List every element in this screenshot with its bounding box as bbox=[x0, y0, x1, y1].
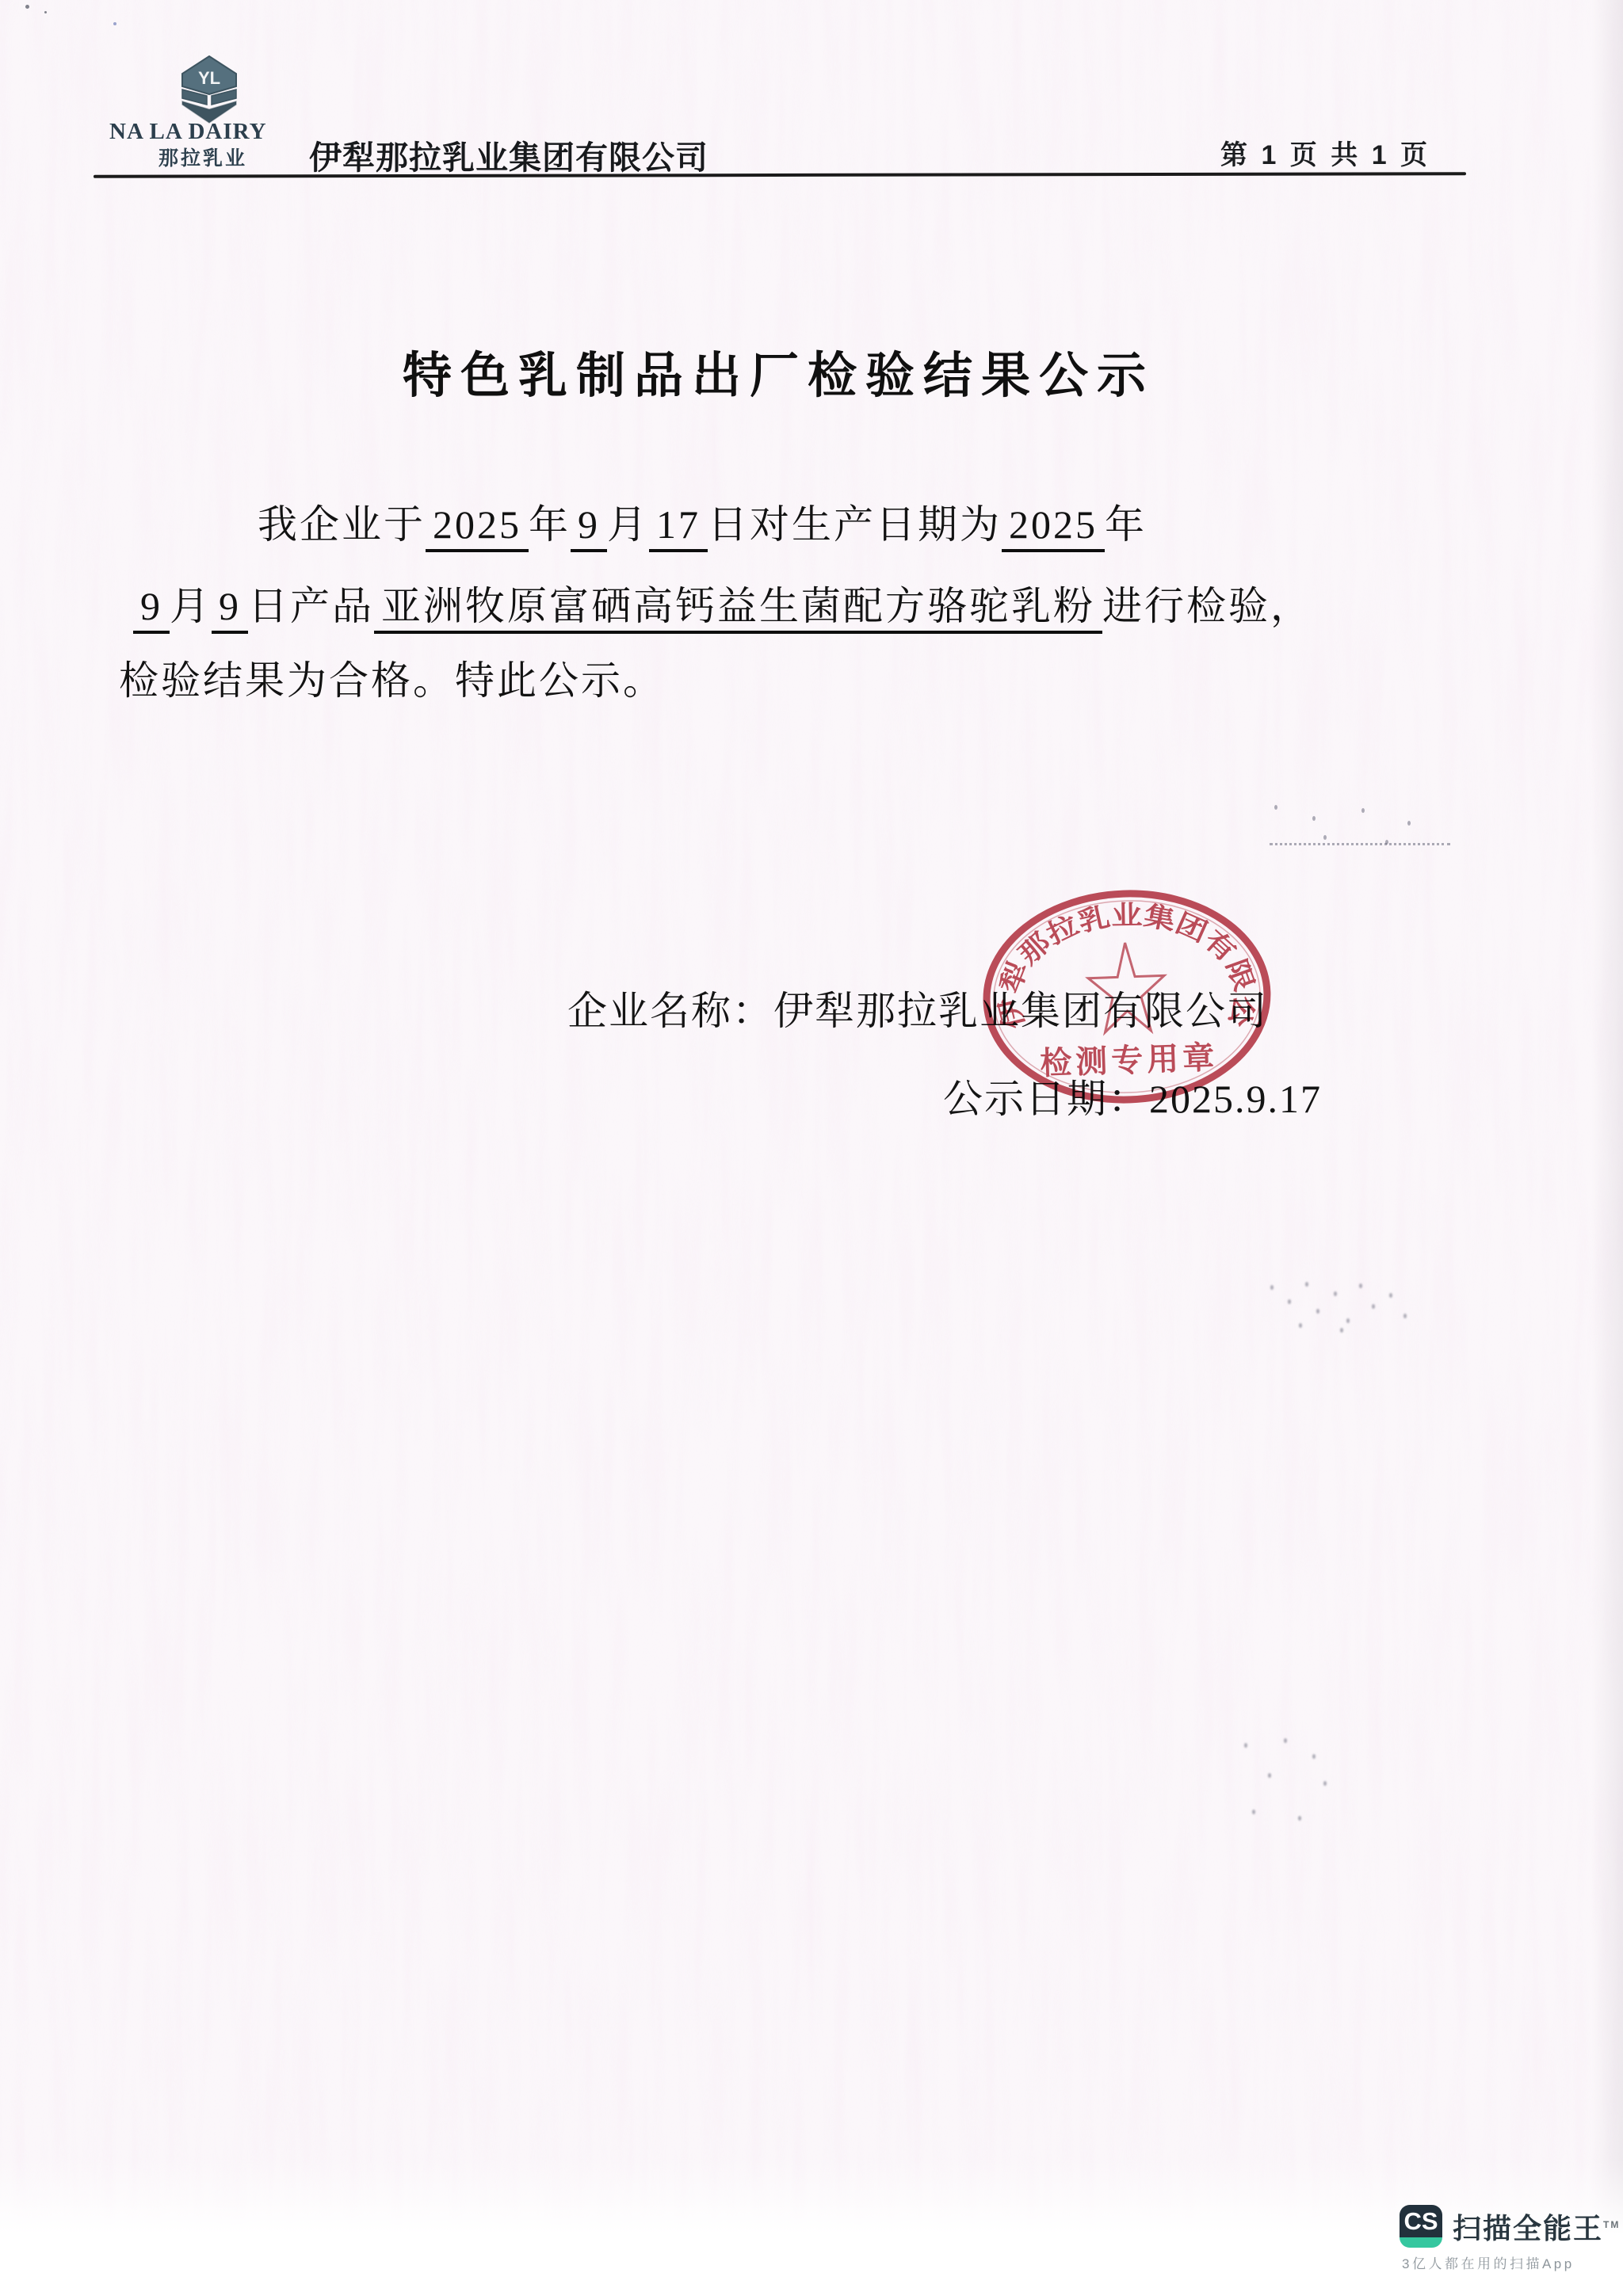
body-text: 年 bbox=[529, 502, 571, 547]
seal-star-icon bbox=[1087, 941, 1167, 1032]
ink-bleed-cluster bbox=[1264, 1277, 1430, 1348]
underlined-value: 2025 bbox=[1002, 502, 1105, 552]
signature-company-label: 企业名称： bbox=[567, 989, 773, 1033]
seal-arc-text: 伊犁那拉乳业集团有限公司 bbox=[977, 884, 1261, 1040]
camscanner-tagline: 3亿人都在用的扫描App bbox=[1402, 2252, 1575, 2272]
underlined-value: 9 bbox=[212, 584, 248, 634]
camscanner-logo-text: CS bbox=[1403, 2205, 1438, 2237]
body-line-2: 9月9日产品亚洲牧原富硒高钙益生菌配方骆驼乳粉进行检验， bbox=[133, 584, 1312, 630]
svg-text:伊犁那拉乳业集团有限公司: 伊犁那拉乳业集团有限公司 bbox=[977, 884, 1261, 1040]
underlined-value: 9 bbox=[571, 502, 607, 552]
underlined-product-name: 亚洲牧原富硒高钙益生菌配方骆驼乳粉 bbox=[374, 584, 1102, 634]
body-text: 月 bbox=[607, 502, 649, 547]
scan-speck bbox=[44, 11, 47, 13]
scan-speck bbox=[113, 22, 116, 25]
scan-speck bbox=[25, 5, 29, 9]
logo-monogram: YL bbox=[198, 68, 220, 88]
camscanner-app-name: 扫描全能王TM bbox=[1453, 2206, 1620, 2247]
ink-bleed-specks bbox=[1274, 805, 1277, 810]
body-text: 日产品 bbox=[248, 584, 374, 628]
ink-bleed-dashes bbox=[1270, 843, 1450, 845]
header-divider bbox=[94, 172, 1466, 178]
body-text: 我企业于 bbox=[258, 502, 426, 547]
underlined-value: 17 bbox=[649, 502, 708, 552]
body-text: 年 bbox=[1105, 502, 1147, 547]
logo-name-cn: 那拉乳业 bbox=[158, 143, 247, 171]
document-title: 特色乳制品出厂检验结果公示 bbox=[403, 336, 1155, 406]
company-seal: 伊犁那拉乳业集团有限公司 检测专用章 bbox=[977, 884, 1276, 1112]
body-text: 月 bbox=[170, 584, 212, 628]
page-number: 第 1 页 共 1 页 bbox=[1220, 133, 1430, 172]
underlined-value: 9 bbox=[133, 584, 170, 634]
underlined-value: 2025 bbox=[426, 502, 529, 552]
ink-bleed-cluster bbox=[1236, 1733, 1339, 1836]
scan-edge-shadow bbox=[1591, 0, 1623, 2296]
camscanner-app-name-text: 扫描全能王 bbox=[1453, 2212, 1603, 2245]
body-line-1: 我企业于2025年9月17日对生产日期为2025年 bbox=[258, 502, 1147, 548]
seal-bottom-text: 检测专用章 bbox=[1040, 1039, 1219, 1081]
body-text: 日对生产日期为 bbox=[708, 502, 1002, 547]
footer-white-band bbox=[0, 2159, 1623, 2296]
body-text: 进行检验， bbox=[1102, 584, 1312, 628]
dairy-logo-icon: YL bbox=[176, 55, 242, 124]
scanned-document-page: { "colors": { "seal_red": "#b43543", "in… bbox=[0, 0, 1623, 2296]
camscanner-logo-icon: CS bbox=[1400, 2205, 1442, 2248]
logo-name-en: NA LA DAIRY bbox=[109, 119, 300, 145]
body-line-3: 检验结果为合格。特此公示。 bbox=[119, 658, 665, 704]
company-name-header: 伊犁那拉乳业集团有限公司 bbox=[309, 132, 708, 178]
trademark-mark: TM bbox=[1603, 2219, 1620, 2230]
